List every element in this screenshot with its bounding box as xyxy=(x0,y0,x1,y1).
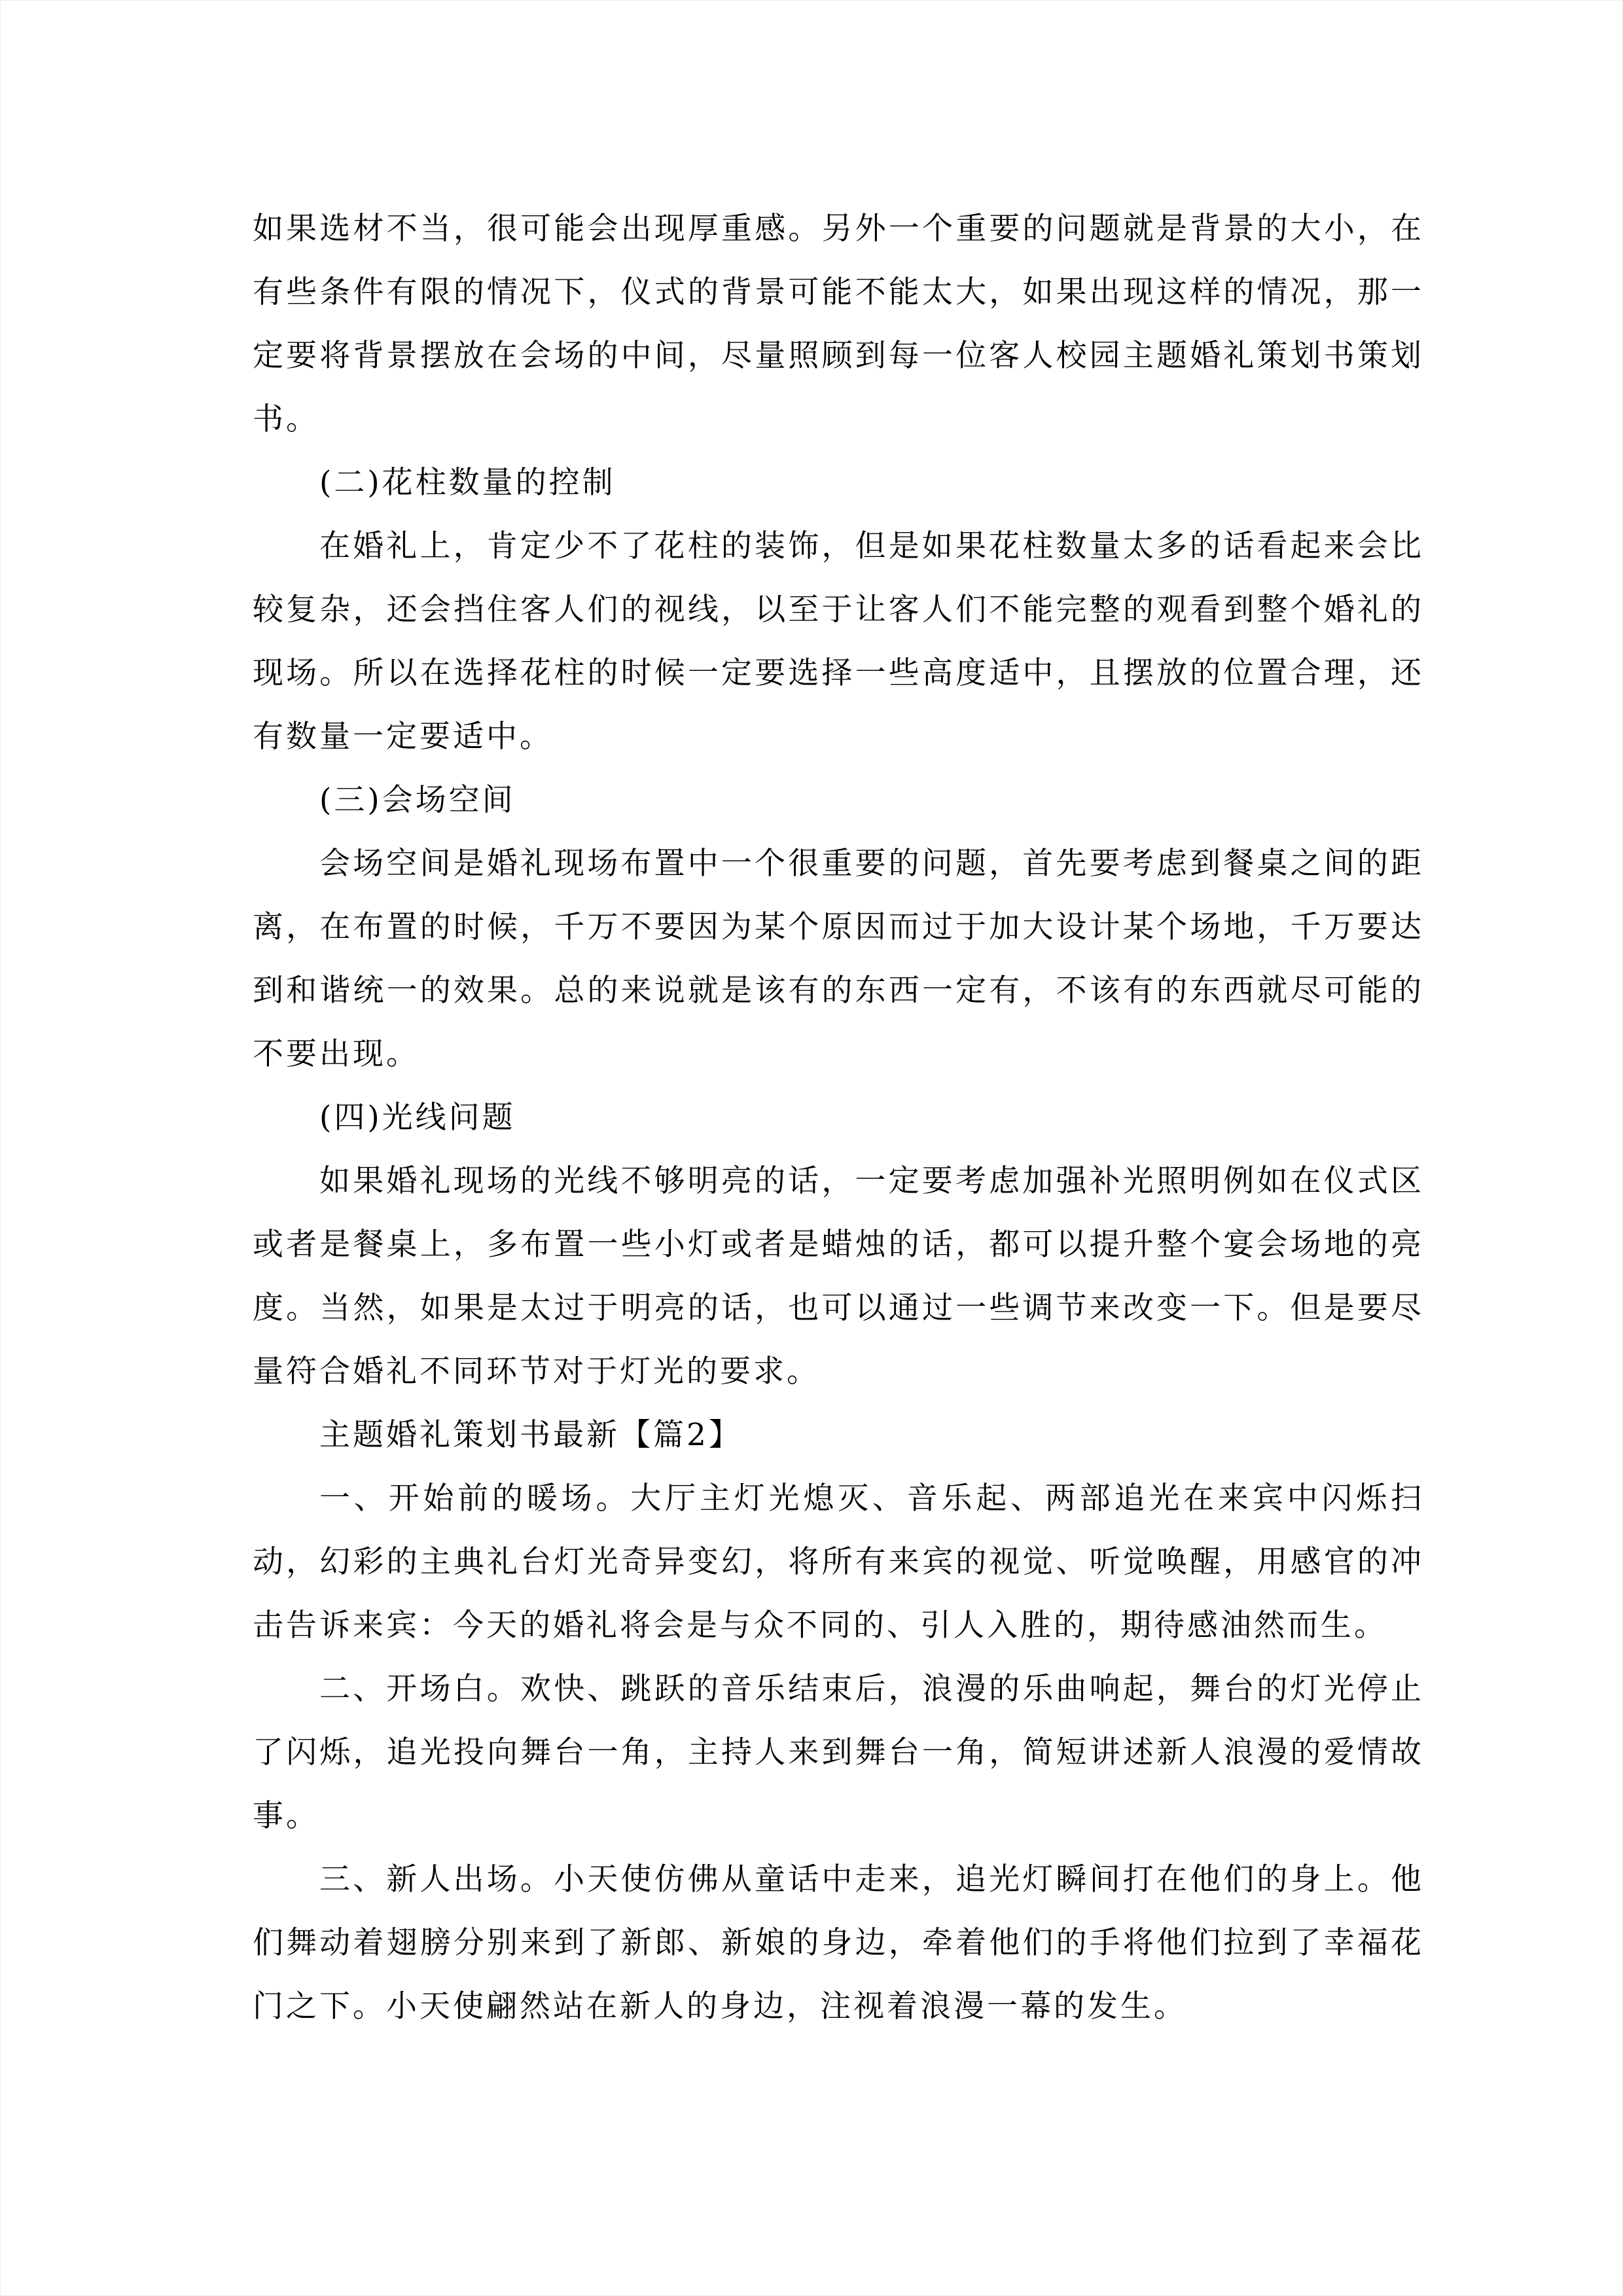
body-paragraph: 二、开场白。欢快、跳跃的音乐结束后，浪漫的乐曲响起，舞台的灯光停止了闪烁，追光投… xyxy=(253,1657,1424,1848)
body-paragraph: 一、开始前的暖场。大厅主灯光熄灭、音乐起、两部追光在来宾中闪烁扫动，幻彩的主典礼… xyxy=(253,1467,1424,1657)
section-heading: 主题婚礼策划书最新【篇2】 xyxy=(253,1403,1424,1467)
document-body: 如果选材不当，很可能会出现厚重感。另外一个重要的问题就是背景的大小，在有些条件有… xyxy=(253,197,1424,2038)
section-heading: (四)光线问题 xyxy=(253,1086,1424,1149)
section-heading: (二)花柱数量的控制 xyxy=(253,451,1424,514)
body-paragraph: 三、新人出场。小天使仿佛从童话中走来，追光灯瞬间打在他们的身上。他们舞动着翅膀分… xyxy=(253,1848,1424,2038)
body-paragraph: 如果婚礼现场的光线不够明亮的话，一定要考虑加强补光照明例如在仪式区或者是餐桌上，… xyxy=(253,1149,1424,1403)
section-heading: (三)会场空间 xyxy=(253,768,1424,832)
body-paragraph: 会场空间是婚礼现场布置中一个很重要的问题，首先要考虑到餐桌之间的距离，在布置的时… xyxy=(253,832,1424,1086)
document-page: 如果选材不当，很可能会出现厚重感。另外一个重要的问题就是背景的大小，在有些条件有… xyxy=(0,0,1623,2296)
body-paragraph: 如果选材不当，很可能会出现厚重感。另外一个重要的问题就是背景的大小，在有些条件有… xyxy=(253,197,1424,451)
body-paragraph: 在婚礼上，肯定少不了花柱的装饰，但是如果花柱数量太多的话看起来会比较复杂，还会挡… xyxy=(253,514,1424,768)
